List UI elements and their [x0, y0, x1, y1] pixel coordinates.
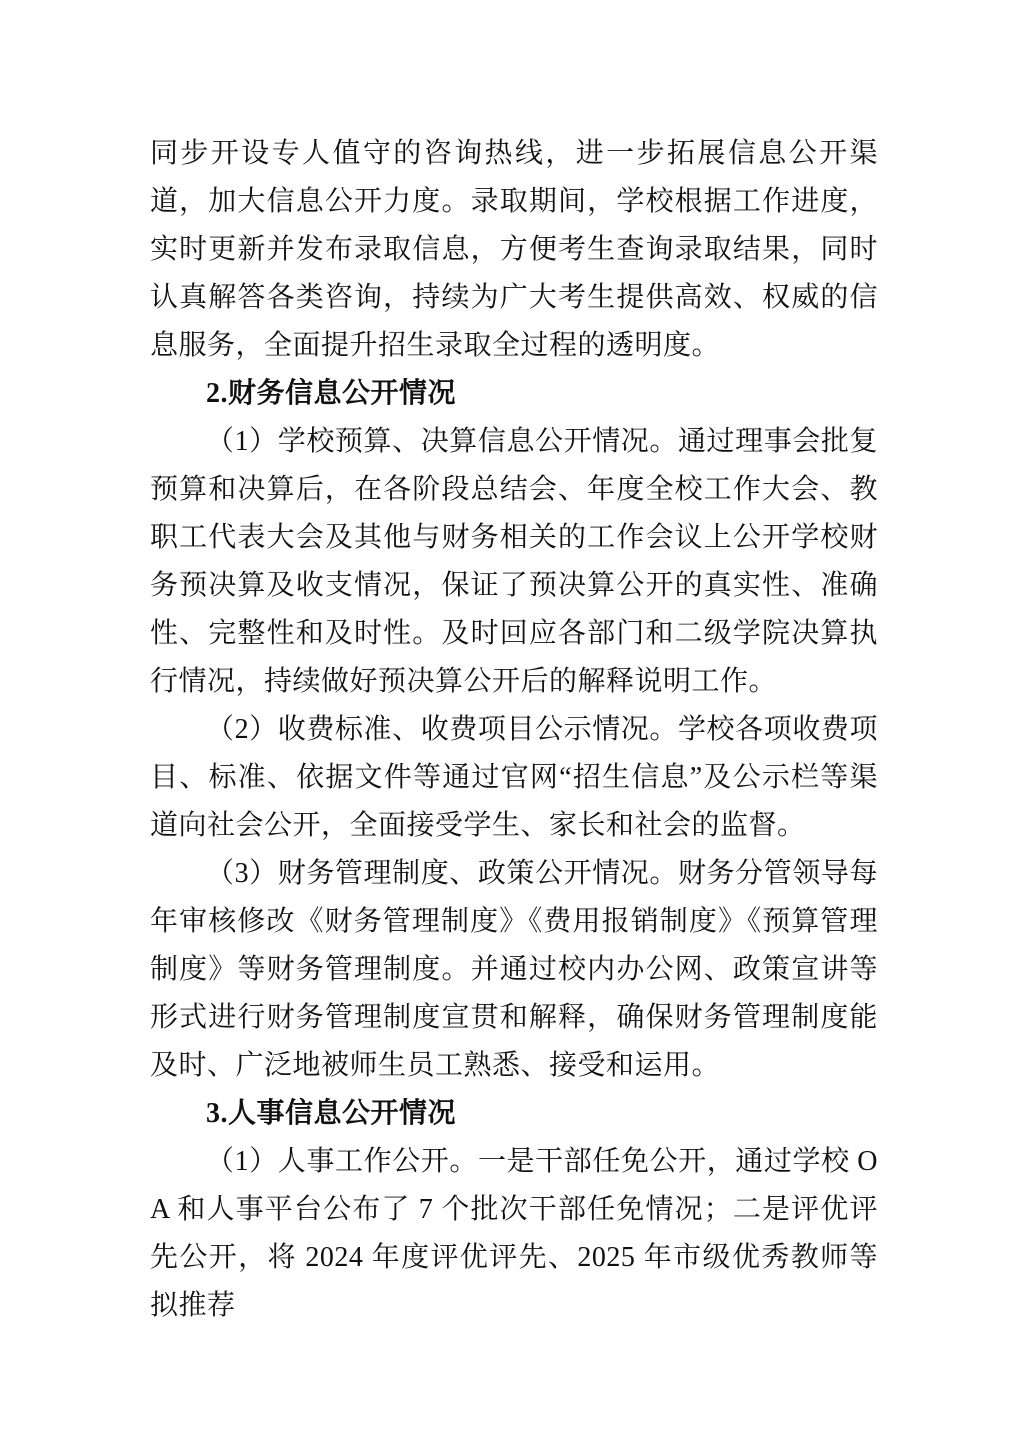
section-heading-finance-disclosure: 2.财务信息公开情况 — [150, 370, 878, 418]
paragraph-budget-disclosure: （1）学校预算、决算信息公开情况。通过理事会批复预算和决算后，在各阶段总结会、年… — [150, 418, 878, 706]
document-body: 同步开设专人值守的咨询热线，进一步拓展信息公开渠道，加大信息公开力度。录取期间，… — [150, 130, 878, 1330]
paragraph-personnel-disclosure: （1）人事工作公开。一是干部任免公开，通过学校 OA 和人事平台公布了 7 个批… — [150, 1138, 878, 1330]
paragraph-admissions-info-continued: 同步开设专人值守的咨询热线，进一步拓展信息公开渠道，加大信息公开力度。录取期间，… — [150, 130, 878, 370]
paragraph-fee-disclosure: （2）收费标准、收费项目公示情况。学校各项收费项目、标准、依据文件等通过官网“招… — [150, 706, 878, 850]
document-page: 同步开设专人值守的咨询热线，进一步拓展信息公开渠道，加大信息公开力度。录取期间，… — [0, 0, 1024, 1448]
section-heading-personnel-disclosure: 3.人事信息公开情况 — [150, 1090, 878, 1138]
paragraph-finance-policy-disclosure: （3）财务管理制度、政策公开情况。财务分管领导每年审核修改《财务管理制度》《费用… — [150, 850, 878, 1090]
